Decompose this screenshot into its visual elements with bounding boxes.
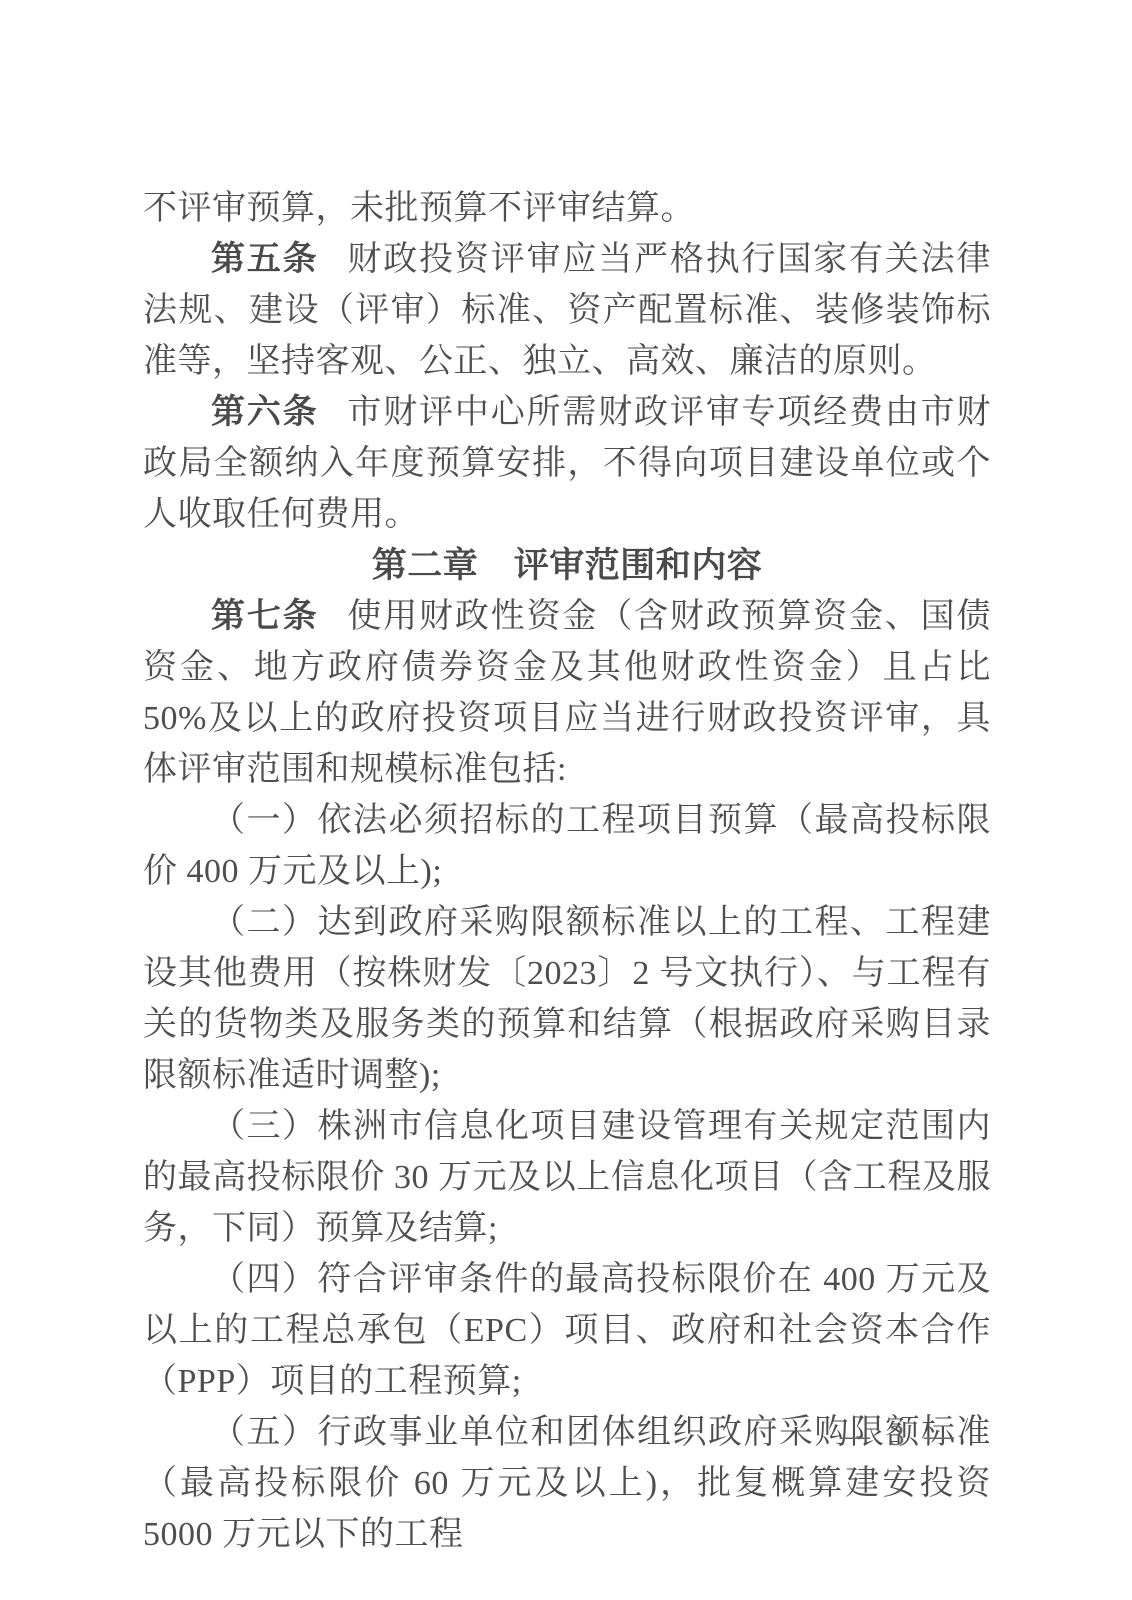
page-number: — 3 — bbox=[790, 1418, 1010, 1454]
article-5-paragraph: 第五条财政投资评审应当严格执行国家有关法律法规、建设（评审）标准、资产配置标准、… bbox=[143, 234, 991, 387]
article-7-paragraph: 第七条使用财政性资金（含财政预算资金、国债资金、地方政府债券资金及其他财政性资金… bbox=[143, 591, 991, 795]
article-6-paragraph: 第六条市财评中心所需财政评审专项经费由市财政局全额纳入年度预算安排，不得向项目建… bbox=[143, 387, 991, 540]
continuation-paragraph: 不评审预算，未批预算不评审结算。 bbox=[143, 183, 991, 234]
list-item-2: （二）达到政府采购限额标准以上的工程、工程建设其他费用（按株财发〔2023〕2 … bbox=[143, 897, 991, 1101]
document-body: 不评审预算，未批预算不评审结算。 第五条财政投资评审应当严格执行国家有关法律法规… bbox=[143, 183, 991, 1560]
list-item-2-text: （二）达到政府采购限额标准以上的工程、工程建设其他费用（按株财发〔2023〕2 … bbox=[143, 904, 991, 1094]
list-item-1: （一）依法必须招标的工程项目预算（最高投标限价 400 万元及以上); bbox=[143, 795, 991, 897]
list-item-1-text: （一）依法必须招标的工程项目预算（最高投标限价 400 万元及以上); bbox=[143, 802, 991, 890]
list-item-4: （四）符合评审条件的最高投标限价在 400 万元及以上的工程总承包（EPC）项目… bbox=[143, 1254, 991, 1407]
list-item-4-text: （四）符合评审条件的最高投标限价在 400 万元及以上的工程总承包（EPC）项目… bbox=[143, 1261, 991, 1400]
list-item-3: （三）株洲市信息化项目建设管理有关规定范围内的最高投标限价 30 万元及以上信息… bbox=[143, 1101, 991, 1254]
chapter-heading: 第二章 评审范围和内容 bbox=[143, 540, 991, 591]
article-7-number: 第七条 bbox=[211, 598, 319, 635]
article-5-number: 第五条 bbox=[211, 241, 319, 278]
article-6-number: 第六条 bbox=[211, 394, 319, 431]
list-item-3-text: （三）株洲市信息化项目建设管理有关规定范围内的最高投标限价 30 万元及以上信息… bbox=[143, 1108, 991, 1247]
paragraph-text: 不评审预算，未批预算不评审结算。 bbox=[143, 190, 695, 227]
document-page: 不评审预算，未批预算不评审结算。 第五条财政投资评审应当严格执行国家有关法律法规… bbox=[0, 0, 1132, 1600]
